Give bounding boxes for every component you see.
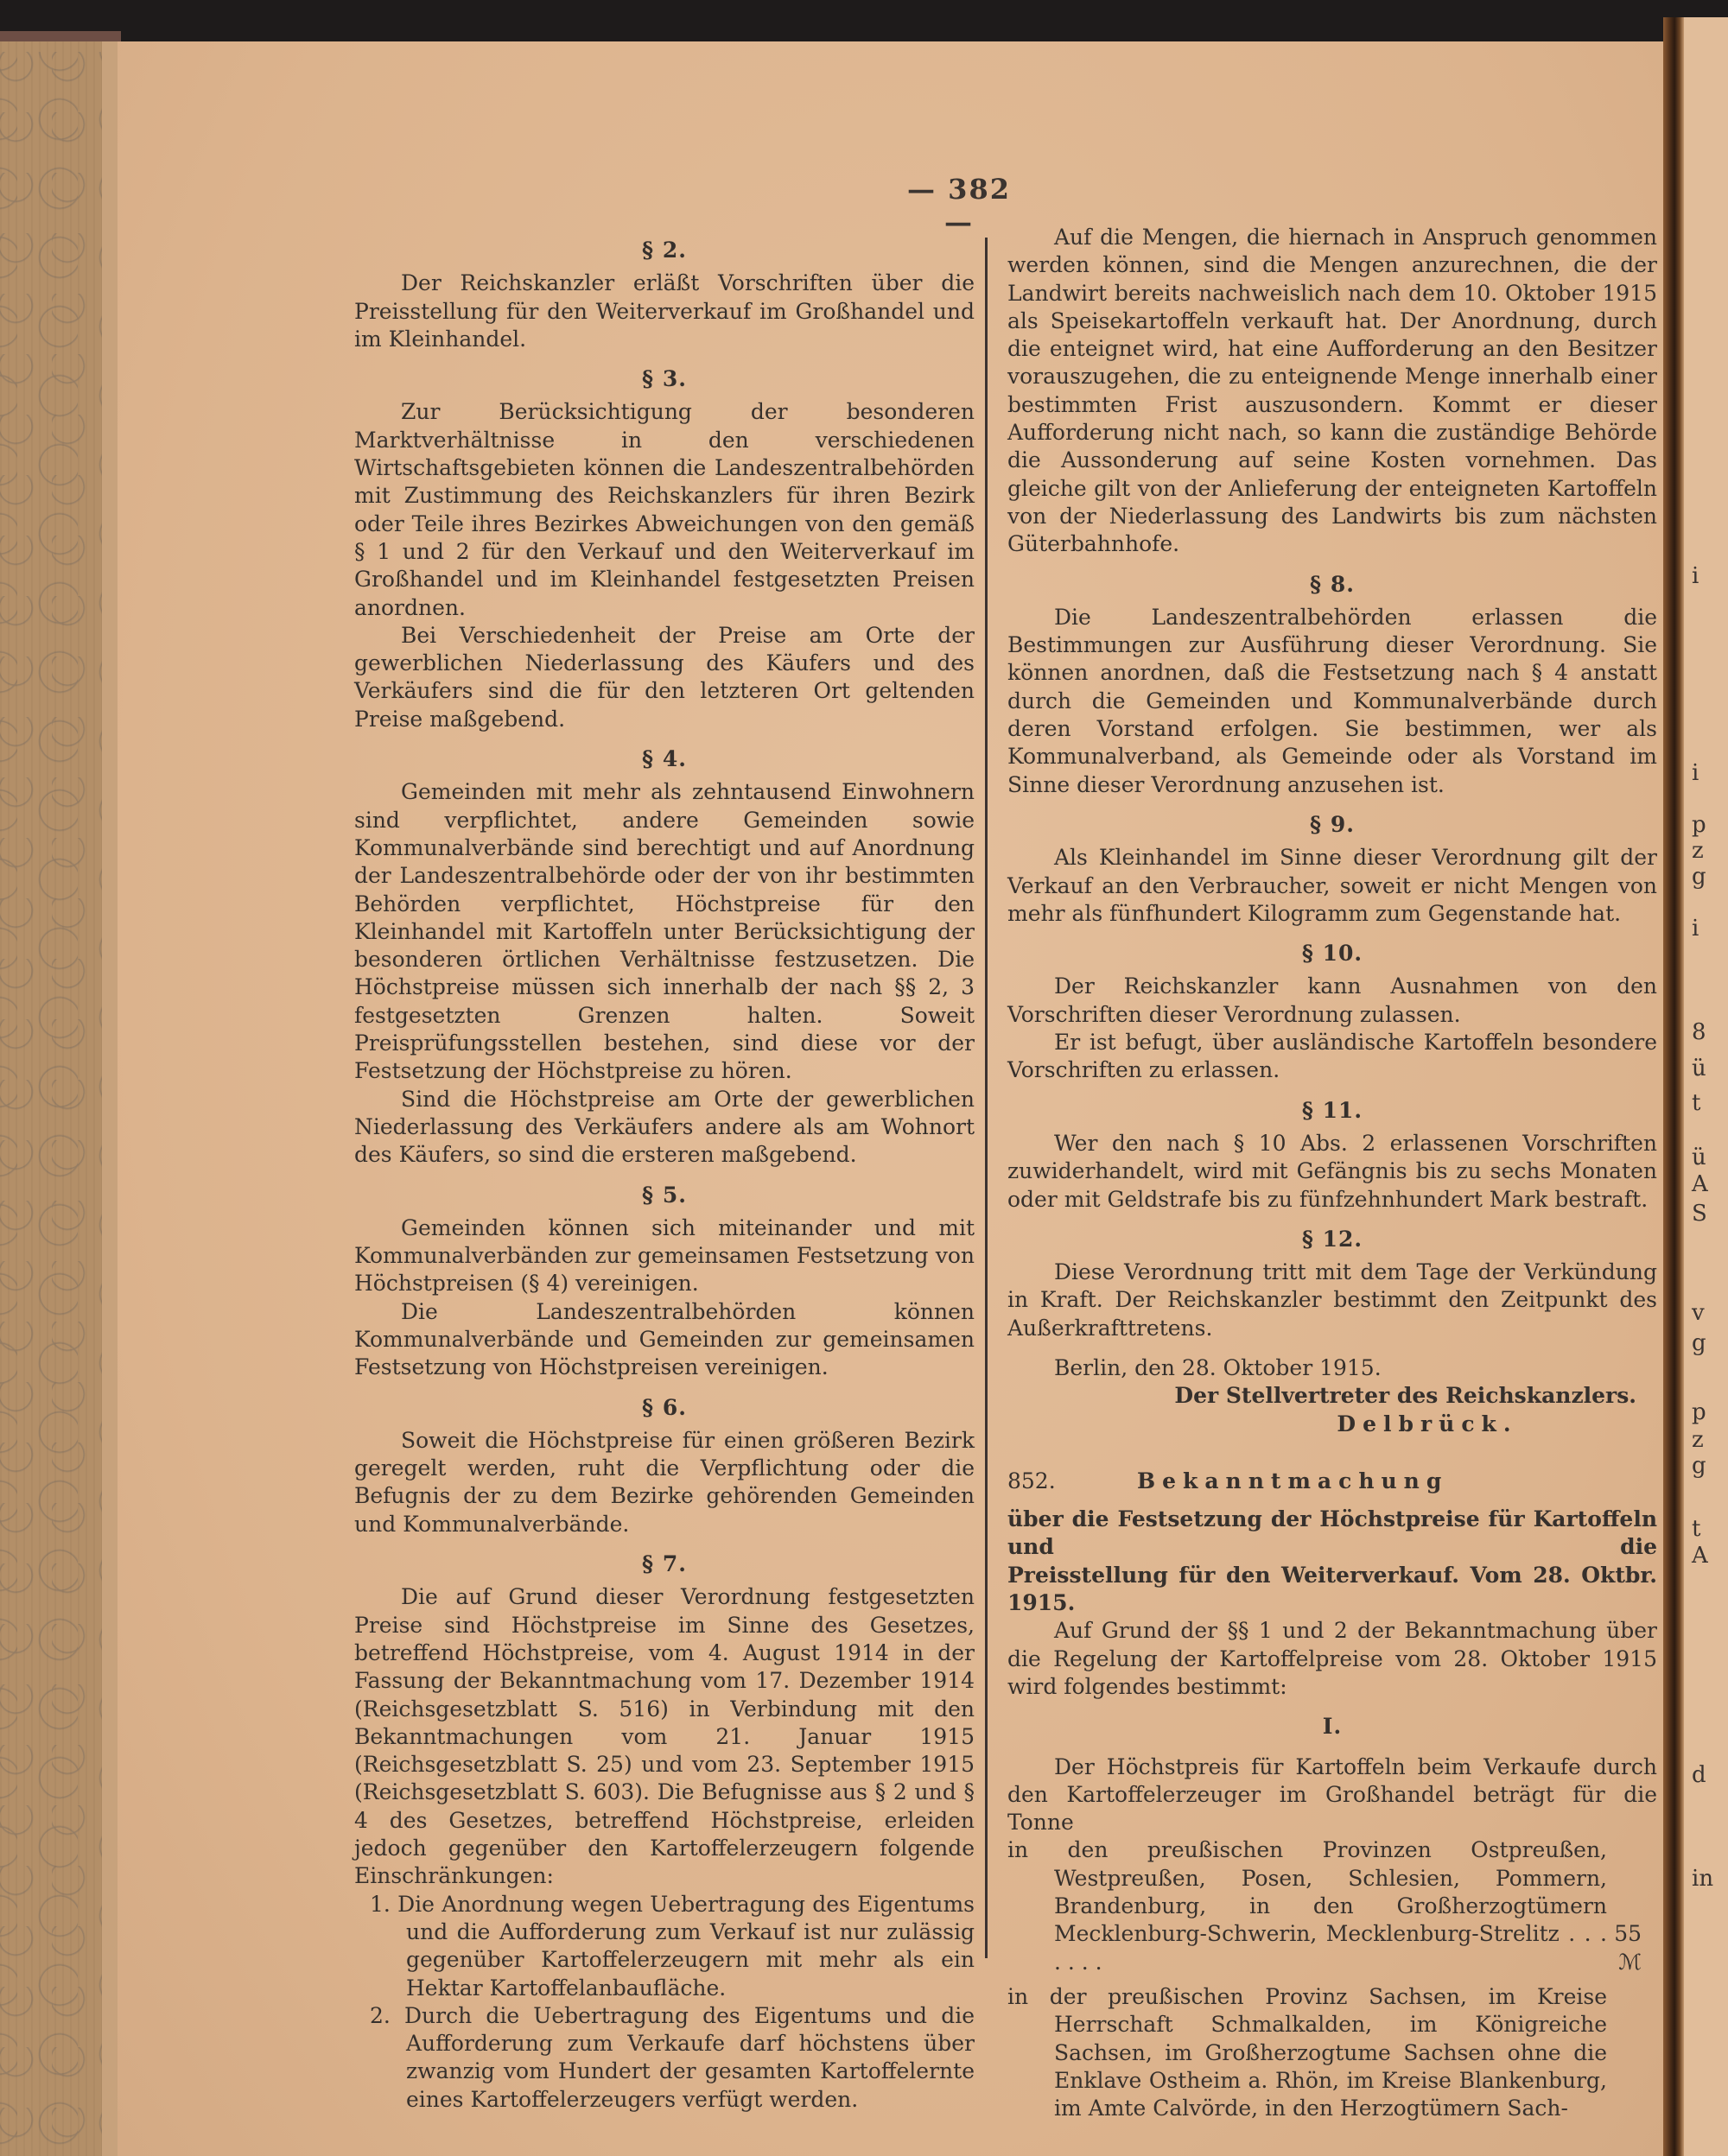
- section-heading: § 9.: [1007, 811, 1657, 839]
- list-item: 2. Durch die Uebertragung des Eigentums …: [354, 2002, 975, 2114]
- part-text: Der Höchstpreis für Kartoffeln beim Verk…: [1007, 1753, 1657, 1837]
- part-label: I.: [1007, 1713, 1657, 1741]
- price-region: in der preußischen Provinz Sachsen, im K…: [1007, 1983, 1607, 2122]
- paragraph: Er ist befugt, über ausländische Kartoff…: [1007, 1029, 1657, 1085]
- paragraph: Gemeinden mit mehr als zehntausend Einwo…: [354, 778, 975, 1085]
- section-heading: § 6.: [354, 1394, 975, 1422]
- paragraph: Zur Berücksichtigung der besonderen Mark…: [354, 398, 975, 621]
- scan-background-top: [0, 0, 1728, 41]
- adjacent-page-text-fragment: z: [1692, 1427, 1704, 1453]
- right-column: Auf die Mengen, die hiernach in Anspruch…: [1007, 224, 1657, 2122]
- section-heading: § 5.: [354, 1182, 975, 1209]
- book-spine-fold: [1663, 17, 1684, 2156]
- announcement-title: Bekanntmachung: [1137, 1468, 1448, 1495]
- price-row: in der preußischen Provinz Sachsen, im K…: [1007, 1983, 1657, 2122]
- paragraph: Der Reichskanzler erläßt Vorschriften üb…: [354, 269, 975, 353]
- column-divider: [985, 238, 988, 1958]
- adjacent-page-text-fragment: ü: [1692, 1145, 1706, 1170]
- left-column: § 2.Der Reichskanzler erläßt Vorschrifte…: [354, 237, 975, 2114]
- signature-place-date: Berlin, den 28. Oktober 1915.: [1007, 1354, 1657, 1382]
- marble-pattern: [0, 52, 117, 2156]
- continuation-paragraph: Auf die Mengen, die hiernach in Anspruch…: [1007, 224, 1657, 559]
- section-heading: § 3.: [354, 365, 975, 393]
- adjacent-page-text-fragment: p: [1692, 1399, 1706, 1425]
- adjacent-page-text-fragment: v: [1692, 1300, 1705, 1326]
- adjacent-page-text-fragment: i: [1692, 760, 1699, 786]
- announcement-number: 852.: [1007, 1468, 1137, 1495]
- announcement-intro: Auf Grund der §§ 1 und 2 der Bekanntmach…: [1007, 1617, 1657, 1701]
- adjacent-page-text-fragment: in: [1692, 1866, 1713, 1892]
- section-heading: § 4.: [354, 745, 975, 773]
- adjacent-page-text-fragment: g: [1692, 864, 1706, 890]
- section-heading: § 12.: [1007, 1226, 1657, 1253]
- price-table: in den preußischen Provinzen Ostpreußen,…: [1007, 1836, 1657, 2122]
- paragraph: Als Kleinhandel im Sinne dieser Verordnu…: [1007, 844, 1657, 928]
- signature-name: Delbrück.: [1007, 1411, 1657, 1438]
- paragraph: Der Reichskanzler kann Ausnahmen von den…: [1007, 973, 1657, 1029]
- section-heading: § 10.: [1007, 940, 1657, 967]
- adjacent-page-text-fragment: A: [1692, 1543, 1708, 1569]
- adjacent-page-text-fragment: t: [1692, 1516, 1700, 1542]
- cover-cloth-edge: [0, 31, 121, 41]
- paragraph: Soweit die Höchstpreise für einen größer…: [354, 1427, 975, 1538]
- adjacent-page-text-fragment: g: [1692, 1330, 1706, 1356]
- spacer: [354, 1170, 975, 1182]
- spacer: [354, 1538, 975, 1550]
- adjacent-page-text-fragment: 8: [1692, 1019, 1706, 1045]
- section-heading: § 11.: [1007, 1097, 1657, 1125]
- adjacent-page-text-fragment: S: [1692, 1201, 1707, 1227]
- page-gutter-strip: [102, 41, 118, 2156]
- announcement-subtitle-2: Preisstellung für den Weiterverkauf. Vom…: [1007, 1562, 1657, 1618]
- signature-role: Der Stellvertreter des Reichskanzlers.: [1007, 1382, 1657, 1410]
- price-region: in den preußischen Provinzen Ostpreußen,…: [1007, 1836, 1607, 1975]
- section-heading: § 8.: [1007, 571, 1657, 599]
- adjacent-page-text-fragment: ü: [1692, 1056, 1706, 1081]
- paragraph: Die Landeszentralbehörden erlassen die B…: [1007, 604, 1657, 799]
- adjacent-page-text-fragment: i: [1692, 563, 1699, 589]
- adjacent-page-edge: [1684, 17, 1728, 2156]
- adjacent-page-text-fragment: g: [1692, 1453, 1706, 1479]
- paragraph: Gemeinden können sich miteinander und mi…: [354, 1214, 975, 1298]
- spacer: [354, 1382, 975, 1394]
- price-row: in den preußischen Provinzen Ostpreußen,…: [1007, 1836, 1657, 1975]
- spacer: [354, 733, 975, 745]
- adjacent-page-text-fragment: t: [1692, 1090, 1700, 1116]
- adjacent-page-text-fragment: p: [1692, 812, 1706, 838]
- list-item: 1. Die Anordnung wegen Uebertragung des …: [354, 1891, 975, 2002]
- adjacent-page-text-fragment: d: [1692, 1762, 1706, 1788]
- adjacent-page-text-fragment: A: [1692, 1171, 1708, 1197]
- announcement-heading: 852. Bekanntmachung: [1007, 1468, 1657, 1495]
- spacer: [354, 353, 975, 365]
- paragraph: Diese Verordnung tritt mit dem Tage der …: [1007, 1259, 1657, 1342]
- section-heading: § 2.: [354, 237, 975, 264]
- adjacent-page-text-fragment: z: [1692, 838, 1704, 864]
- section-heading: § 7.: [354, 1550, 975, 1578]
- price-value: 55 ℳ: [1607, 1920, 1657, 1976]
- paragraph: Die Landeszentralbehörden können Kommuna…: [354, 1298, 975, 1382]
- paragraph: Bei Verschiedenheit der Preise am Orte d…: [354, 622, 975, 733]
- announcement-subtitle-1: über die Festsetzung der Höchstpreise fü…: [1007, 1506, 1657, 1562]
- right-sections: § 8.Die Landeszentralbehörden erlassen d…: [1007, 559, 1657, 1342]
- paragraph: Die auf Grund dieser Verordnung festgese…: [354, 1583, 975, 1890]
- paragraph: Wer den nach § 10 Abs. 2 erlassenen Vors…: [1007, 1130, 1657, 1214]
- adjacent-page-text-fragment: i: [1692, 916, 1699, 942]
- paragraph: Sind die Höchstpreise am Orte der gewerb…: [354, 1086, 975, 1170]
